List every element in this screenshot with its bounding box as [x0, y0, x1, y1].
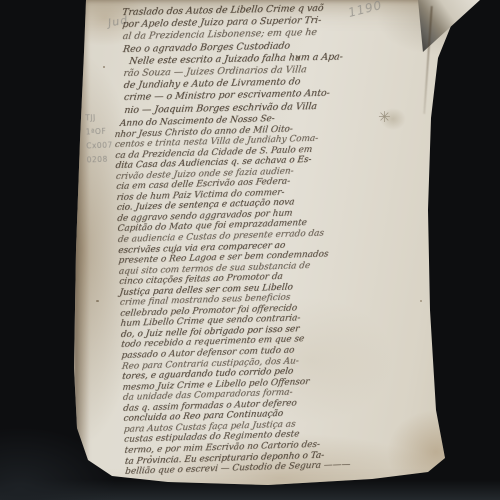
margin-archival-codes: TJJ1ªOFCx0070208 [85, 111, 113, 168]
archival-code-line: TJJ [85, 111, 112, 126]
ink-speck [96, 300, 99, 302]
ink-speck [150, 455, 152, 457]
archival-code-line: 0208 [86, 153, 113, 168]
ink-speck [420, 300, 422, 302]
body-paragraph: Anno do Nascimento de Nosso Se-nhor Jesu… [114, 111, 383, 478]
archival-code-line: 1ªOF [86, 125, 113, 140]
paper-gutter-edge [74, 0, 90, 500]
scanner-background: Jud 1190 TJJ1ªOFCx0070208 ✳ Traslado dos… [0, 0, 500, 500]
archival-code-line: Cx007 [86, 139, 113, 154]
ink-speck [297, 56, 300, 59]
paper-stain [380, 108, 406, 130]
ink-speck [103, 66, 105, 68]
header-paragraph: Traslado dos Autos de Libello Crime q va… [122, 2, 362, 117]
